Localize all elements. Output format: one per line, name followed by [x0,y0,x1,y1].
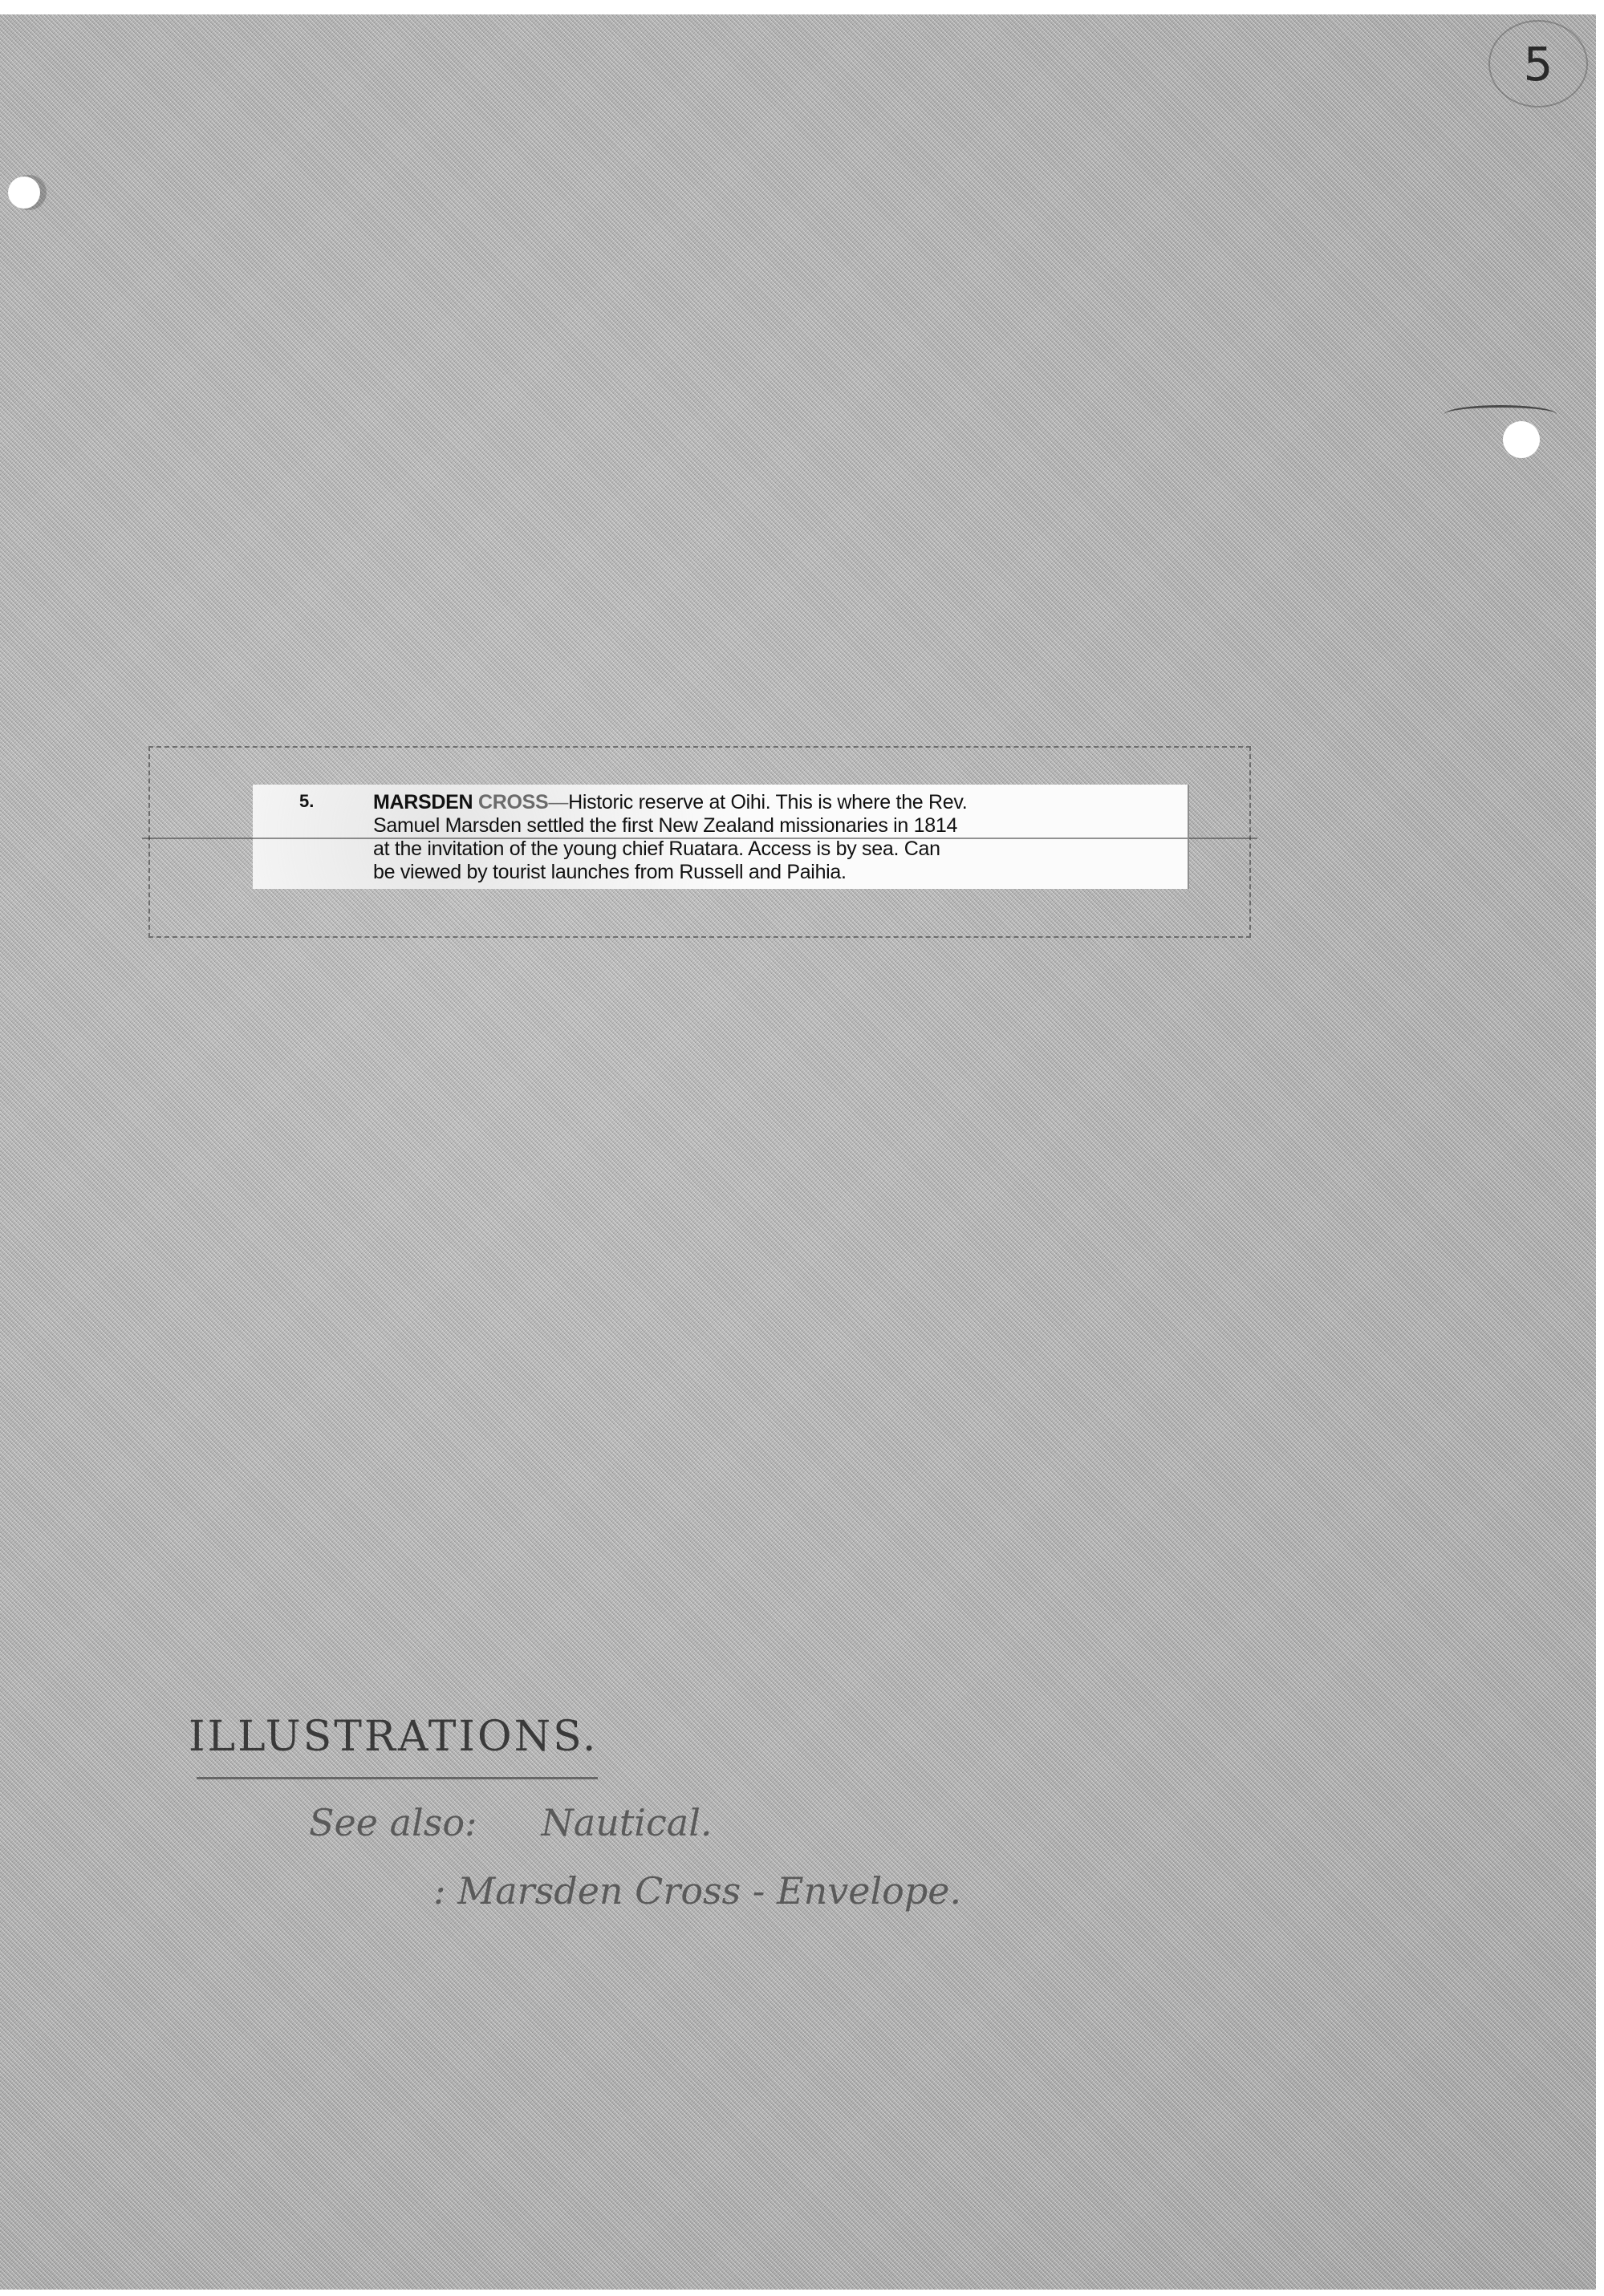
scan-border-right [1596,0,1604,2296]
entry-title-bold: MARSDEN [373,791,473,813]
punch-hole-icon [1503,421,1540,458]
page-number: 5 [1524,37,1553,91]
entry-body-line: be viewed by tourist launches from Russe… [373,861,1176,884]
handwritten-heading: ILLUSTRATIONS. [189,1713,598,1761]
scan-border-bottom [0,2290,1604,2296]
page-number-circle: 5 [1488,20,1588,107]
entry-line-1: MARSDEN CROSS—Historic reserve at Oihi. … [373,791,1176,814]
entry-text: MARSDEN CROSS—Historic reserve at Oihi. … [373,791,1176,884]
entry-title-rest: CROSS [478,791,548,813]
entry-dash: — [548,791,568,813]
entry-body-line: at the invitation of the young chief Rua… [373,838,1176,861]
clipping-entry: 5. MARSDEN CROSS—Historic reserve at Oih… [373,791,1176,884]
entry-number: 5. [299,791,314,812]
see-also-ref-line: : Marsden Cross - Envelope. [433,1869,961,1913]
entry-body-line: Historic reserve at Oihi. This is where … [568,791,967,813]
see-also-ref: Nautical. [542,1801,713,1844]
newspaper-clipping: 5. MARSDEN CROSS—Historic reserve at Oih… [253,785,1189,889]
see-also-line: See also:Nautical. [309,1801,713,1844]
punch-hole-reinforcement [1444,405,1557,424]
entry-body-line: Samuel Marsden settled the first New Zea… [373,814,1176,838]
punch-hole-icon [8,176,40,209]
see-also-ref: : Marsden Cross - Envelope. [433,1869,961,1913]
scan-border-top [0,0,1604,14]
heading-underline [197,1777,598,1779]
see-also-label: See also: [309,1801,477,1844]
